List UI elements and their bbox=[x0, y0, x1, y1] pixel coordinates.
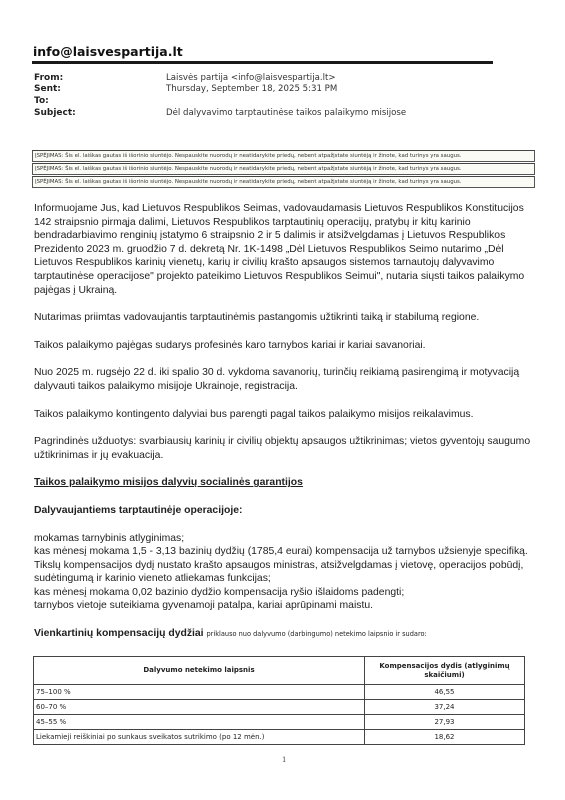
benefit-item: tarnybos vietoje suteikiama gyvenamoji p… bbox=[34, 599, 534, 613]
column-header: Kompensacijos dydis (atlyginimų skaičium… bbox=[365, 657, 525, 685]
body-paragraph: Informuojame Jus, kad Lietuvos Respublik… bbox=[34, 202, 534, 297]
compensation-intro: Vienkartinių kompensacijų dydžiai prikla… bbox=[34, 627, 534, 642]
body-paragraph: Nutarimas priimtas vadovaujantis tarptau… bbox=[34, 311, 534, 325]
sent-value: Thursday, September 18, 2025 5:31 PM bbox=[166, 84, 337, 94]
table-cell: 37,24 bbox=[365, 700, 525, 715]
table-header-row: Dalyvumo netekimo laipsnis Kompensacijos… bbox=[34, 657, 525, 685]
table-cell: Liekamieji reiškiniai po sunkaus sveikat… bbox=[34, 730, 365, 745]
body-paragraph: Taikos palaikymo pajėgas sudarys profesi… bbox=[34, 339, 534, 353]
compensation-note: priklauso nuo dalyvumo (darbingumo) nete… bbox=[206, 630, 426, 638]
table-row: 45–55 % 27,93 bbox=[34, 715, 525, 730]
subject-value: Dėl dalyvavimo tarptautinėse taikos pala… bbox=[166, 108, 406, 118]
benefit-item: mokamas tarnybinis atlyginimas; bbox=[34, 532, 534, 546]
sender-title: info@laisvespartija.lt bbox=[33, 44, 183, 59]
benefit-item: kas mėnesį mokama 1,5 - 3,13 bazinių dyd… bbox=[34, 545, 534, 586]
from-value: Laisvės partija <info@laisvespartija.lt> bbox=[166, 73, 336, 83]
warning-banner: ĮSPĖJIMAS: Šis el. laiškas gautas iš išo… bbox=[32, 163, 535, 175]
table-cell: 45–55 % bbox=[34, 715, 365, 730]
table-row: Liekamieji reiškiniai po sunkaus sveikat… bbox=[34, 730, 525, 745]
benefits-list: mokamas tarnybinis atlyginimas; kas mėne… bbox=[34, 532, 534, 614]
table-cell: 46,55 bbox=[365, 685, 525, 700]
compensation-heading: Vienkartinių kompensacijų dydžiai bbox=[34, 628, 204, 639]
table-cell: 60–70 % bbox=[34, 700, 365, 715]
table-cell: 75–100 % bbox=[34, 685, 365, 700]
email-body: Informuojame Jus, kad Lietuvos Respublik… bbox=[34, 202, 534, 642]
table-row: 75–100 % 46,55 bbox=[34, 685, 525, 700]
from-label: From: bbox=[34, 73, 63, 83]
warning-banner: ĮSPĖJIMAS: Šis el. laiškas gautas iš išo… bbox=[32, 150, 535, 162]
table-cell: 27,93 bbox=[365, 715, 525, 730]
benefit-item: kas mėnesį mokama 0,02 bazinio dydžio ko… bbox=[34, 586, 534, 600]
table-row: 60–70 % 37,24 bbox=[34, 700, 525, 715]
body-paragraph: Pagrindinės užduotys: svarbiausių karini… bbox=[34, 435, 534, 462]
column-header: Dalyvumo netekimo laipsnis bbox=[34, 657, 365, 685]
page-number: 1 bbox=[282, 756, 286, 764]
section-heading: Taikos palaikymo misijos dalyvių sociali… bbox=[34, 476, 534, 490]
body-paragraph: Taikos palaikymo kontingento dalyviai bu… bbox=[34, 408, 534, 422]
to-label: To: bbox=[34, 96, 49, 106]
table-cell: 18,62 bbox=[365, 730, 525, 745]
subheading: Dalyvaujantiems tarptautinėje operacijoj… bbox=[34, 504, 534, 518]
warning-banner: ĮSPĖJIMAS: Šis el. laiškas gautas iš išo… bbox=[32, 176, 535, 188]
body-paragraph: Nuo 2025 m. rugsėjo 22 d. iki spalio 30 … bbox=[34, 366, 534, 393]
sent-label: Sent: bbox=[34, 84, 61, 94]
title-divider bbox=[32, 61, 493, 64]
subject-label: Subject: bbox=[34, 108, 76, 118]
compensation-table: Dalyvumo netekimo laipsnis Kompensacijos… bbox=[33, 656, 525, 745]
